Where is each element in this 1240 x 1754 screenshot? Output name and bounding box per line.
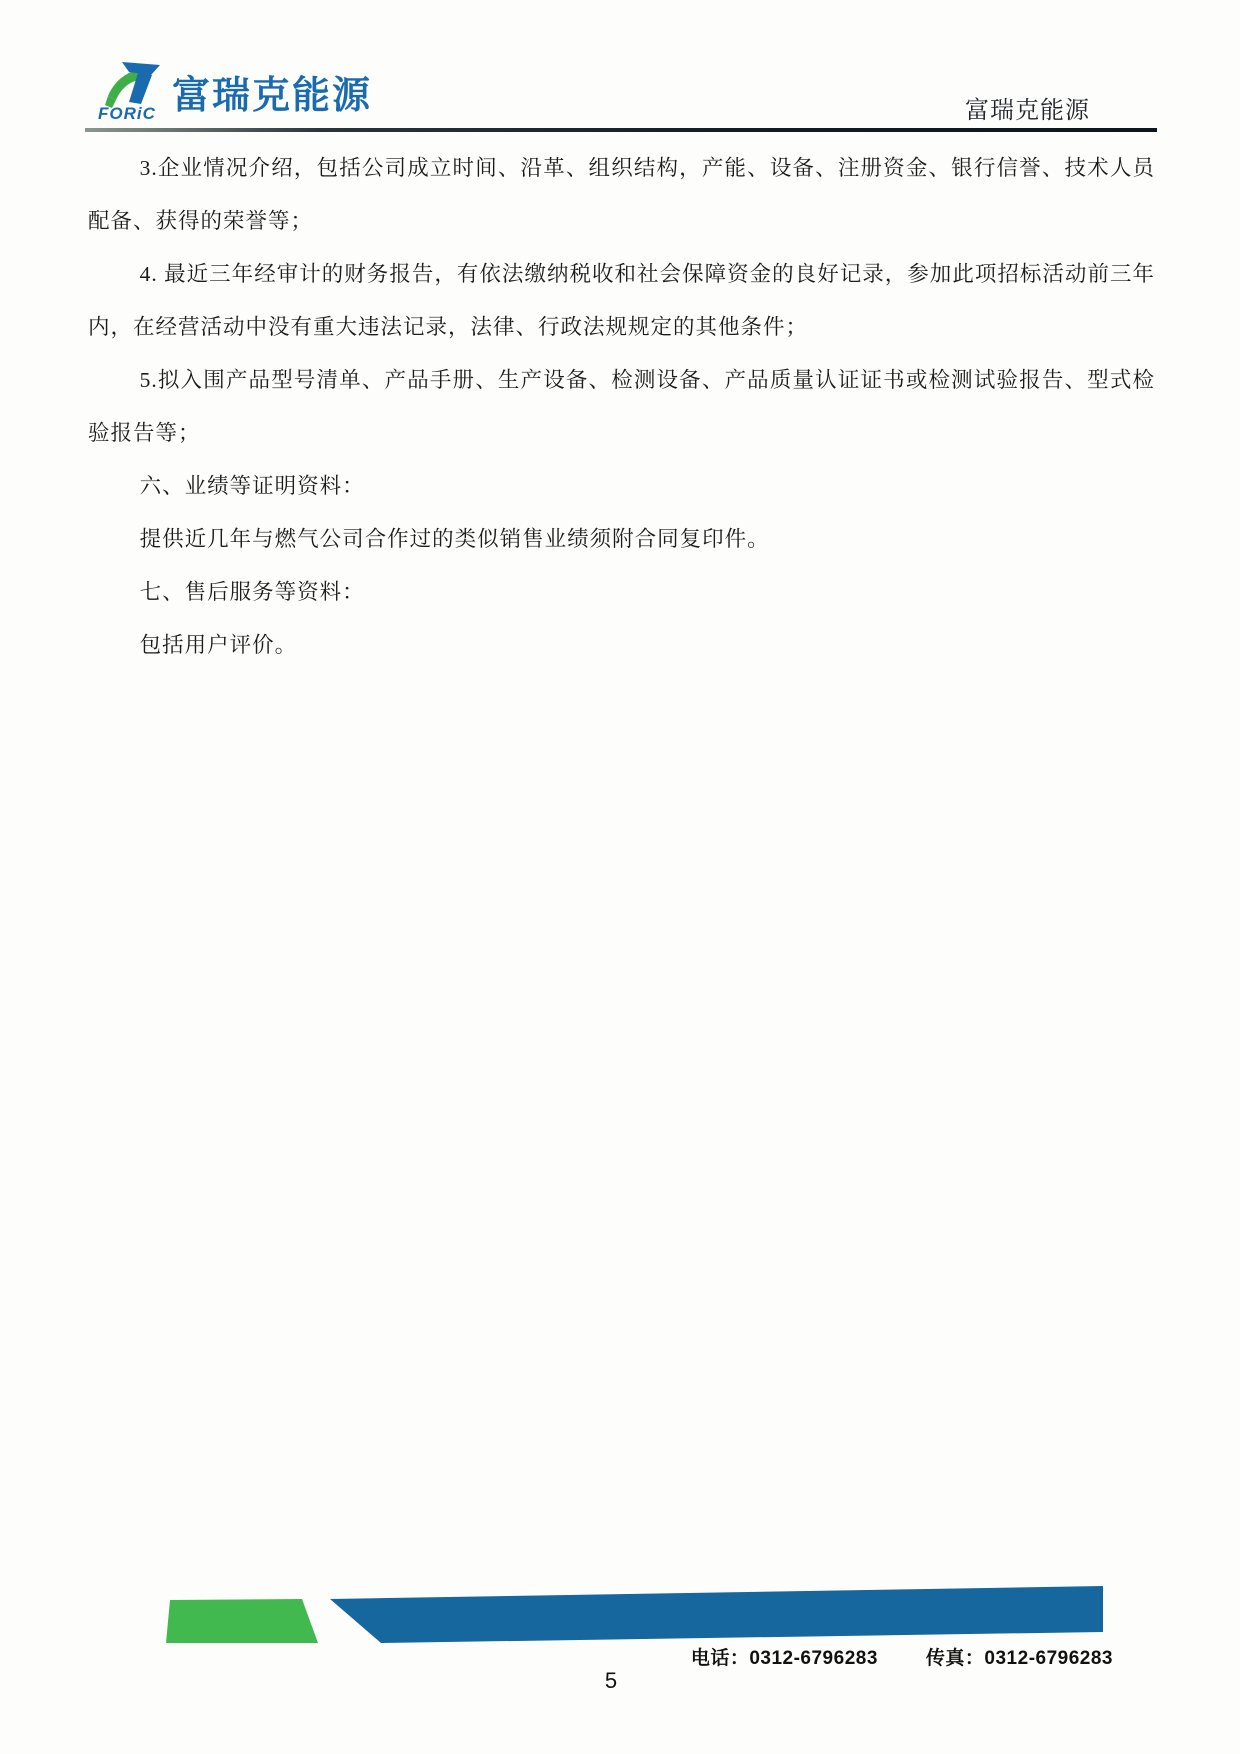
footer-phone: 电话：0312-6796283	[691, 1643, 878, 1670]
document-page: FORiC 富瑞克能源 富瑞克能源 3.企业情况介绍，包括公司成立时间、沿革、组…	[0, 0, 1240, 1754]
body-paragraph: 包括用户评价。	[88, 619, 1155, 672]
foric-logo: FORiC 富瑞克能源	[102, 58, 372, 124]
page-number: 5	[0, 1668, 1222, 1694]
footer-fax-label: 传真：	[926, 1648, 985, 1669]
footer-fax: 传真：0312-6796283	[926, 1643, 1113, 1670]
footer-contact: 电话：0312-6796283 传真：0312-6796283	[691, 1643, 1113, 1670]
footer-phone-number: 0312-6796283	[749, 1648, 878, 1669]
footer-fax-number: 0312-6796283	[984, 1648, 1113, 1669]
footer-phone-label: 电话：	[691, 1648, 750, 1669]
body-paragraph: 5.拟入围产品型号清单、产品手册、生产设备、检测设备、产品质量认证证书或检测试验…	[88, 354, 1155, 460]
footer-blue-band	[330, 1586, 1103, 1643]
body-paragraph: 六、业绩等证明资料：	[88, 460, 1155, 513]
footer-artwork	[0, 1580, 1240, 1650]
foric-logo-icon: FORiC	[102, 58, 166, 124]
header-company-name: 富瑞克能源	[965, 90, 1090, 125]
header-rule	[85, 128, 1157, 132]
foric-logo-text: 富瑞克能源	[172, 64, 372, 119]
body-paragraph: 4. 最近三年经审计的财务报告，有依法缴纳税收和社会保障资金的良好记录，参加此项…	[88, 248, 1155, 354]
body-paragraph: 七、售后服务等资料：	[88, 566, 1155, 619]
body-paragraph: 提供近几年与燃气公司合作过的类似销售业绩须附合同复印件。	[88, 513, 1155, 566]
footer-green-shape	[166, 1599, 318, 1643]
foric-logo-wordmark: FORiC	[98, 104, 156, 124]
body-paragraph: 3.企业情况介绍，包括公司成立时间、沿革、组织结构，产能、设备、注册资金、银行信…	[88, 142, 1155, 248]
document-body: 3.企业情况介绍，包括公司成立时间、沿革、组织结构，产能、设备、注册资金、银行信…	[88, 142, 1155, 672]
